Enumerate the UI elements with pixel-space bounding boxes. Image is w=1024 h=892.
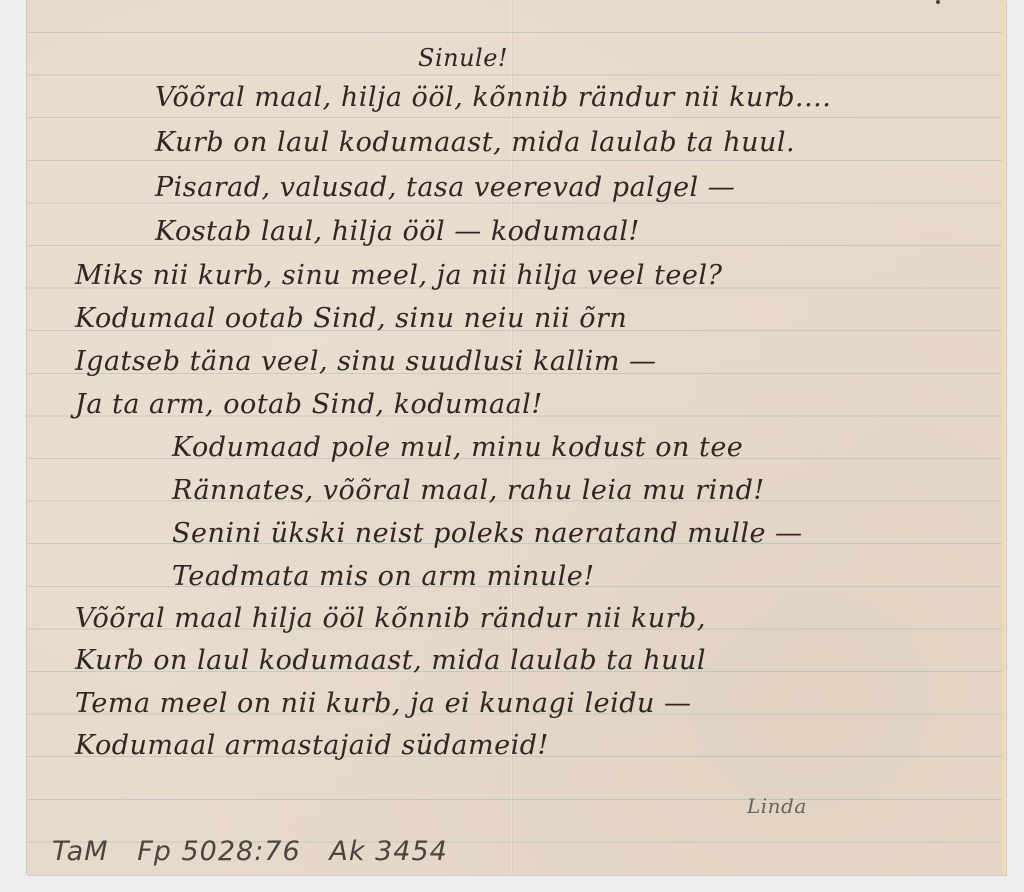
poem-line: Võõral maal, hilja ööl, kõnnib rändur ni…	[155, 82, 831, 113]
poem-line: Ja ta arm, ootab Sind, kodumaal!	[75, 389, 543, 420]
poem-line: Pisarad, valusad, tasa veerevad palgel —	[155, 172, 735, 203]
poem-line: Kurb on laul kodumaast, mida laulab ta h…	[155, 127, 795, 158]
poem-line: Teadmata mis on arm minule!	[172, 561, 595, 592]
poem-line: Võõral maal hilja ööl kõnnib rändur nii …	[75, 603, 706, 634]
manuscript-page: Sinule! Võõral maal, hilja ööl, kõnnib r…	[27, 0, 1006, 875]
poem-line: Kodumaal armastajaid südameid!	[75, 730, 549, 761]
archive-number: Ak 3454	[329, 836, 447, 867]
poem-line: Miks nii kurb, sinu meel, ja nii hilja v…	[75, 260, 723, 291]
poem-line: Kostab laul, hilja ööl — kodumaal!	[155, 216, 640, 247]
poem-line: Senini ükski neist poleks naeratand mull…	[172, 518, 803, 549]
poem-line: Tema meel on nii kurb, ja ei kunagi leid…	[75, 688, 692, 719]
poem-line: Rännates, võõral maal, rahu leia mu rind…	[172, 475, 765, 506]
poem-line: Igatseb täna veel, sinu suudlusi kallim …	[75, 346, 657, 377]
poem-line: Kodumaad pole mul, minu kodust on tee	[172, 432, 743, 463]
poem-title: Sinule!	[418, 44, 508, 72]
poem-line: Kodumaal ootab Sind, sinu neiu nii õrn	[75, 303, 627, 334]
archive-fund: Fp 5028:76	[137, 836, 300, 867]
archive-reference: TaM Fp 5028:76 Ak 3454	[52, 836, 448, 867]
signature: Linda	[747, 794, 807, 818]
archive-institution: TaM	[52, 836, 109, 867]
poem-line: Kurb on laul kodumaast, mida laulab ta h…	[75, 645, 706, 676]
ink-mark	[936, 0, 940, 4]
